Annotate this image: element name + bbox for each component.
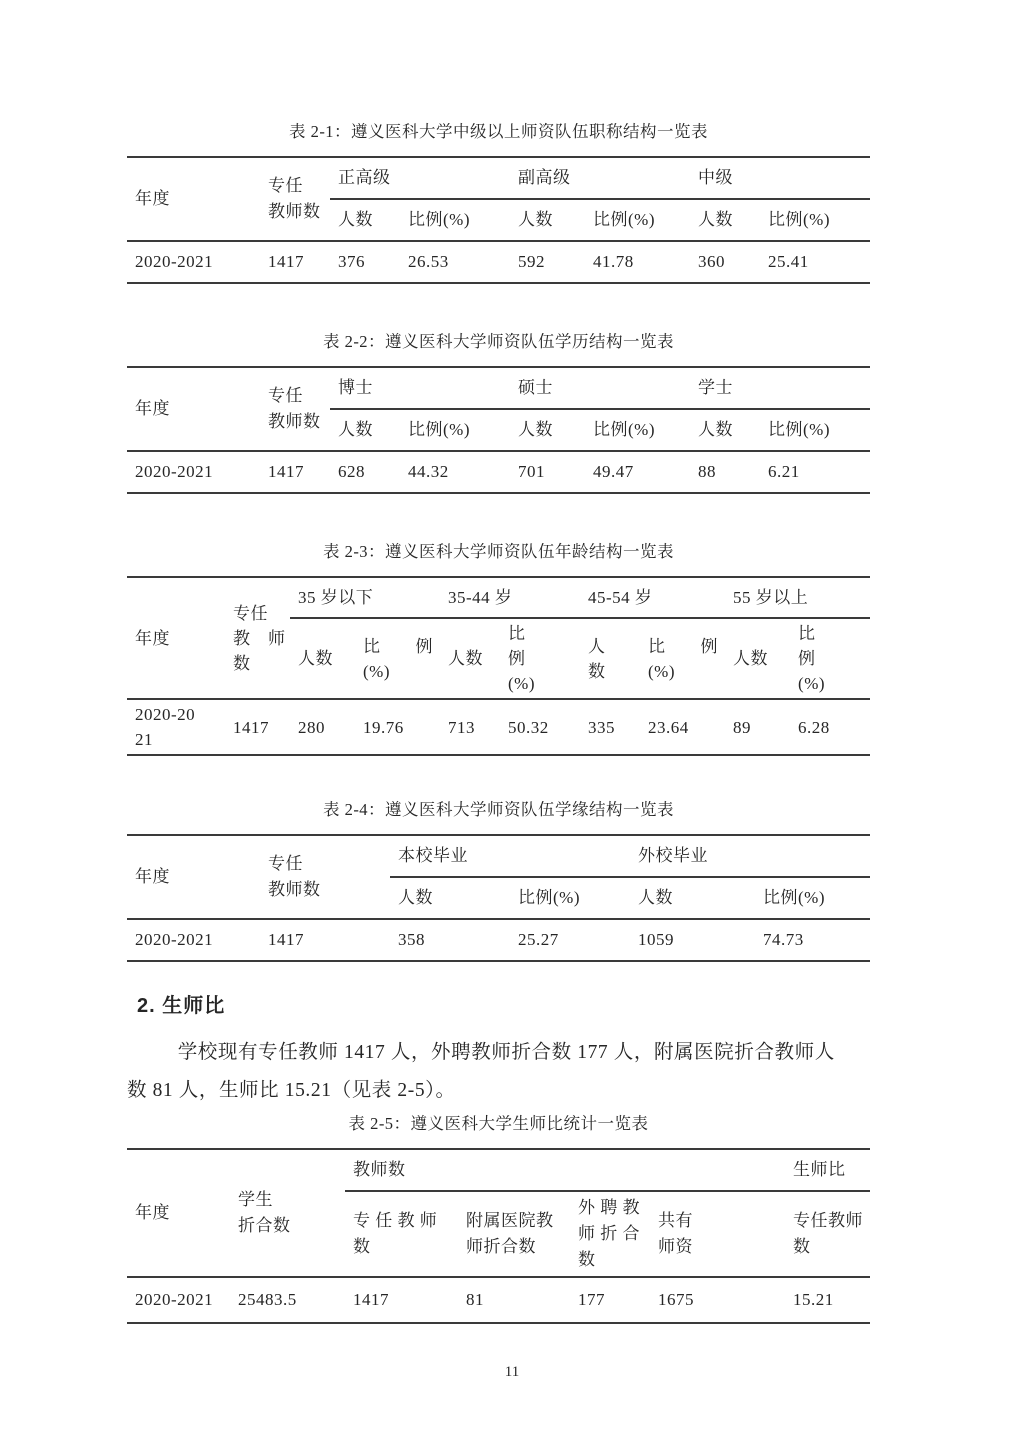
section-heading-student-teacher-ratio: 2. 生师比: [137, 992, 870, 1020]
header-cell: 人数: [330, 409, 400, 451]
header-cell: 人数: [690, 409, 760, 451]
data-cell: 74.73: [755, 919, 870, 961]
paragraph-line: 数 81 人，生师比 15.21（见表 2-5）。: [127, 1072, 870, 1110]
table-row: 2020-2021 25483.5 1417 81 177 1675 15.21: [127, 1277, 870, 1323]
group-header-cell: 副高级: [510, 157, 690, 199]
header-cell-teacher-count: 专任 教 师 数: [225, 577, 290, 699]
table-row: 2020-2021 1417 376 26.53 592 41.78 360 2…: [127, 241, 870, 283]
data-cell: 19.76: [355, 699, 440, 755]
table-2-5-caption: 表 2-5：遵义医科大学生师比统计一览表: [127, 1112, 870, 1136]
data-cell: 177: [570, 1277, 650, 1323]
header-cell: 人数: [330, 199, 400, 241]
data-cell: 1059: [630, 919, 755, 961]
data-cell: 25.27: [510, 919, 630, 961]
header-cell: 人数: [630, 877, 755, 919]
data-cell: 335: [580, 699, 640, 755]
table-2-5: 年度 学生 折合数 教师数 生师比 专 任 教 师 数 附属医院教 师折合数 外…: [127, 1148, 870, 1324]
data-cell: 713: [440, 699, 500, 755]
header-cell: 人数: [290, 618, 355, 699]
header-cell: 专任教师 数: [785, 1191, 870, 1277]
header-cell: 比例(%): [585, 409, 690, 451]
group-header-cell: 正高级: [330, 157, 510, 199]
data-cell: 1417: [260, 919, 390, 961]
data-cell: 360: [690, 241, 760, 283]
data-cell: 2020-20 21: [127, 699, 225, 755]
data-cell: 2020-2021: [127, 451, 260, 493]
data-cell: 23.64: [640, 699, 725, 755]
table-2-1-caption: 表 2-1：遵义医科大学中级以上师资队伍职称结构一览表: [127, 120, 870, 144]
data-cell: 6.21: [760, 451, 870, 493]
data-cell: 1417: [260, 241, 330, 283]
data-cell: 628: [330, 451, 400, 493]
group-header-cell: 博士: [330, 367, 510, 409]
header-cell: 专 任 教 师 数: [345, 1191, 458, 1277]
header-cell: 比例(%): [760, 199, 870, 241]
data-cell: 44.32: [400, 451, 510, 493]
header-cell: 比 例 (%): [355, 618, 440, 699]
header-cell-teacher-count: 专任 教师数: [260, 157, 330, 241]
header-cell: 比例(%): [510, 877, 630, 919]
data-cell: 6.28: [790, 699, 870, 755]
header-cell-year: 年度: [127, 157, 260, 241]
data-cell: 89: [725, 699, 790, 755]
table-2-4: 年度 专任 教师数 本校毕业 外校毕业 人数 比例(%) 人数 比例(%) 20…: [127, 834, 870, 962]
header-cell: 外 聘 教 师 折 合 数: [570, 1191, 650, 1277]
data-cell: 1417: [260, 451, 330, 493]
data-cell: 2020-2021: [127, 1277, 230, 1323]
table-2-2: 年度 专任 教师数 博士 硕士 学士 人数 比例(%) 人数 比例(%) 人数 …: [127, 366, 870, 494]
data-cell: 81: [458, 1277, 570, 1323]
header-cell: 人数: [440, 618, 500, 699]
header-cell: 附属医院教 师折合数: [458, 1191, 570, 1277]
group-header-cell: 45-54 岁: [580, 577, 725, 618]
page-number: 11: [0, 1364, 1024, 1381]
data-cell: 1417: [345, 1277, 458, 1323]
data-cell: 25483.5: [230, 1277, 345, 1323]
data-cell: 376: [330, 241, 400, 283]
table-2-2-caption: 表 2-2：遵义医科大学师资队伍学历结构一览表: [127, 330, 870, 354]
data-cell: 26.53: [400, 241, 510, 283]
data-cell: 358: [390, 919, 510, 961]
group-header-cell-teachers: 教师数: [345, 1149, 785, 1191]
header-cell: 比例(%): [755, 877, 870, 919]
body-paragraph: 学校现有专任教师 1417 人，外聘教师折合数 177 人，附属医院折合教师人 …: [127, 1034, 870, 1110]
data-cell: 49.47: [585, 451, 690, 493]
data-cell: 25.41: [760, 241, 870, 283]
group-header-cell: 硕士: [510, 367, 690, 409]
header-cell-year: 年度: [127, 577, 225, 699]
table-2-4-caption: 表 2-4：遵义医科大学师资队伍学缘结构一览表: [127, 798, 870, 822]
data-cell: 280: [290, 699, 355, 755]
data-cell: 1417: [225, 699, 290, 755]
group-header-cell: 外校毕业: [630, 835, 870, 877]
header-cell-teacher-count: 专任 教师数: [260, 367, 330, 451]
group-header-cell-ratio: 生师比: [785, 1149, 870, 1191]
header-cell: 比例(%): [585, 199, 690, 241]
header-cell: 人数: [510, 409, 585, 451]
table-2-1: 年度 专任 教师数 正高级 副高级 中级 人数 比例(%) 人数 比例(%) 人…: [127, 156, 870, 284]
table-row: 2020-2021 1417 358 25.27 1059 74.73: [127, 919, 870, 961]
document-page: 表 2-1：遵义医科大学中级以上师资队伍职称结构一览表 年度 专任 教师数 正高…: [127, 120, 870, 1324]
header-cell-student-count: 学生 折合数: [230, 1149, 345, 1277]
header-cell: 人数: [725, 618, 790, 699]
table-2-3-caption: 表 2-3：遵义医科大学师资队伍年龄结构一览表: [127, 540, 870, 564]
header-cell: 人 数: [580, 618, 640, 699]
header-cell-year: 年度: [127, 367, 260, 451]
group-header-cell: 35-44 岁: [440, 577, 580, 618]
header-cell: 比 例 (%): [790, 618, 870, 699]
data-cell: 592: [510, 241, 585, 283]
header-cell: 比 例 (%): [500, 618, 580, 699]
header-cell: 比例(%): [400, 409, 510, 451]
group-header-cell: 中级: [690, 157, 870, 199]
header-cell: 人数: [510, 199, 585, 241]
group-header-cell: 35 岁以下: [290, 577, 440, 618]
data-cell: 2020-2021: [127, 919, 260, 961]
table-row: 2020-2021 1417 628 44.32 701 49.47 88 6.…: [127, 451, 870, 493]
header-cell: 比例(%): [760, 409, 870, 451]
header-cell-year: 年度: [127, 1149, 230, 1277]
header-cell-year: 年度: [127, 835, 260, 919]
paragraph-line: 学校现有专任教师 1417 人，外聘教师折合数 177 人，附属医院折合教师人: [127, 1034, 870, 1072]
header-cell: 人数: [390, 877, 510, 919]
group-header-cell: 学士: [690, 367, 870, 409]
group-header-cell: 本校毕业: [390, 835, 630, 877]
group-header-cell: 55 岁以上: [725, 577, 870, 618]
header-cell: 共有 师资: [650, 1191, 785, 1277]
header-cell: 比 例 (%): [640, 618, 725, 699]
table-row: 2020-20 21 1417 280 19.76 713 50.32 335 …: [127, 699, 870, 755]
data-cell: 50.32: [500, 699, 580, 755]
table-2-3: 年度 专任 教 师 数 35 岁以下 35-44 岁 45-54 岁 55 岁以…: [127, 576, 870, 756]
data-cell: 41.78: [585, 241, 690, 283]
data-cell: 2020-2021: [127, 241, 260, 283]
header-cell-teacher-count: 专任 教师数: [260, 835, 390, 919]
data-cell: 88: [690, 451, 760, 493]
data-cell: 15.21: [785, 1277, 870, 1323]
header-cell: 比例(%): [400, 199, 510, 241]
data-cell: 1675: [650, 1277, 785, 1323]
header-cell: 人数: [690, 199, 760, 241]
data-cell: 701: [510, 451, 585, 493]
